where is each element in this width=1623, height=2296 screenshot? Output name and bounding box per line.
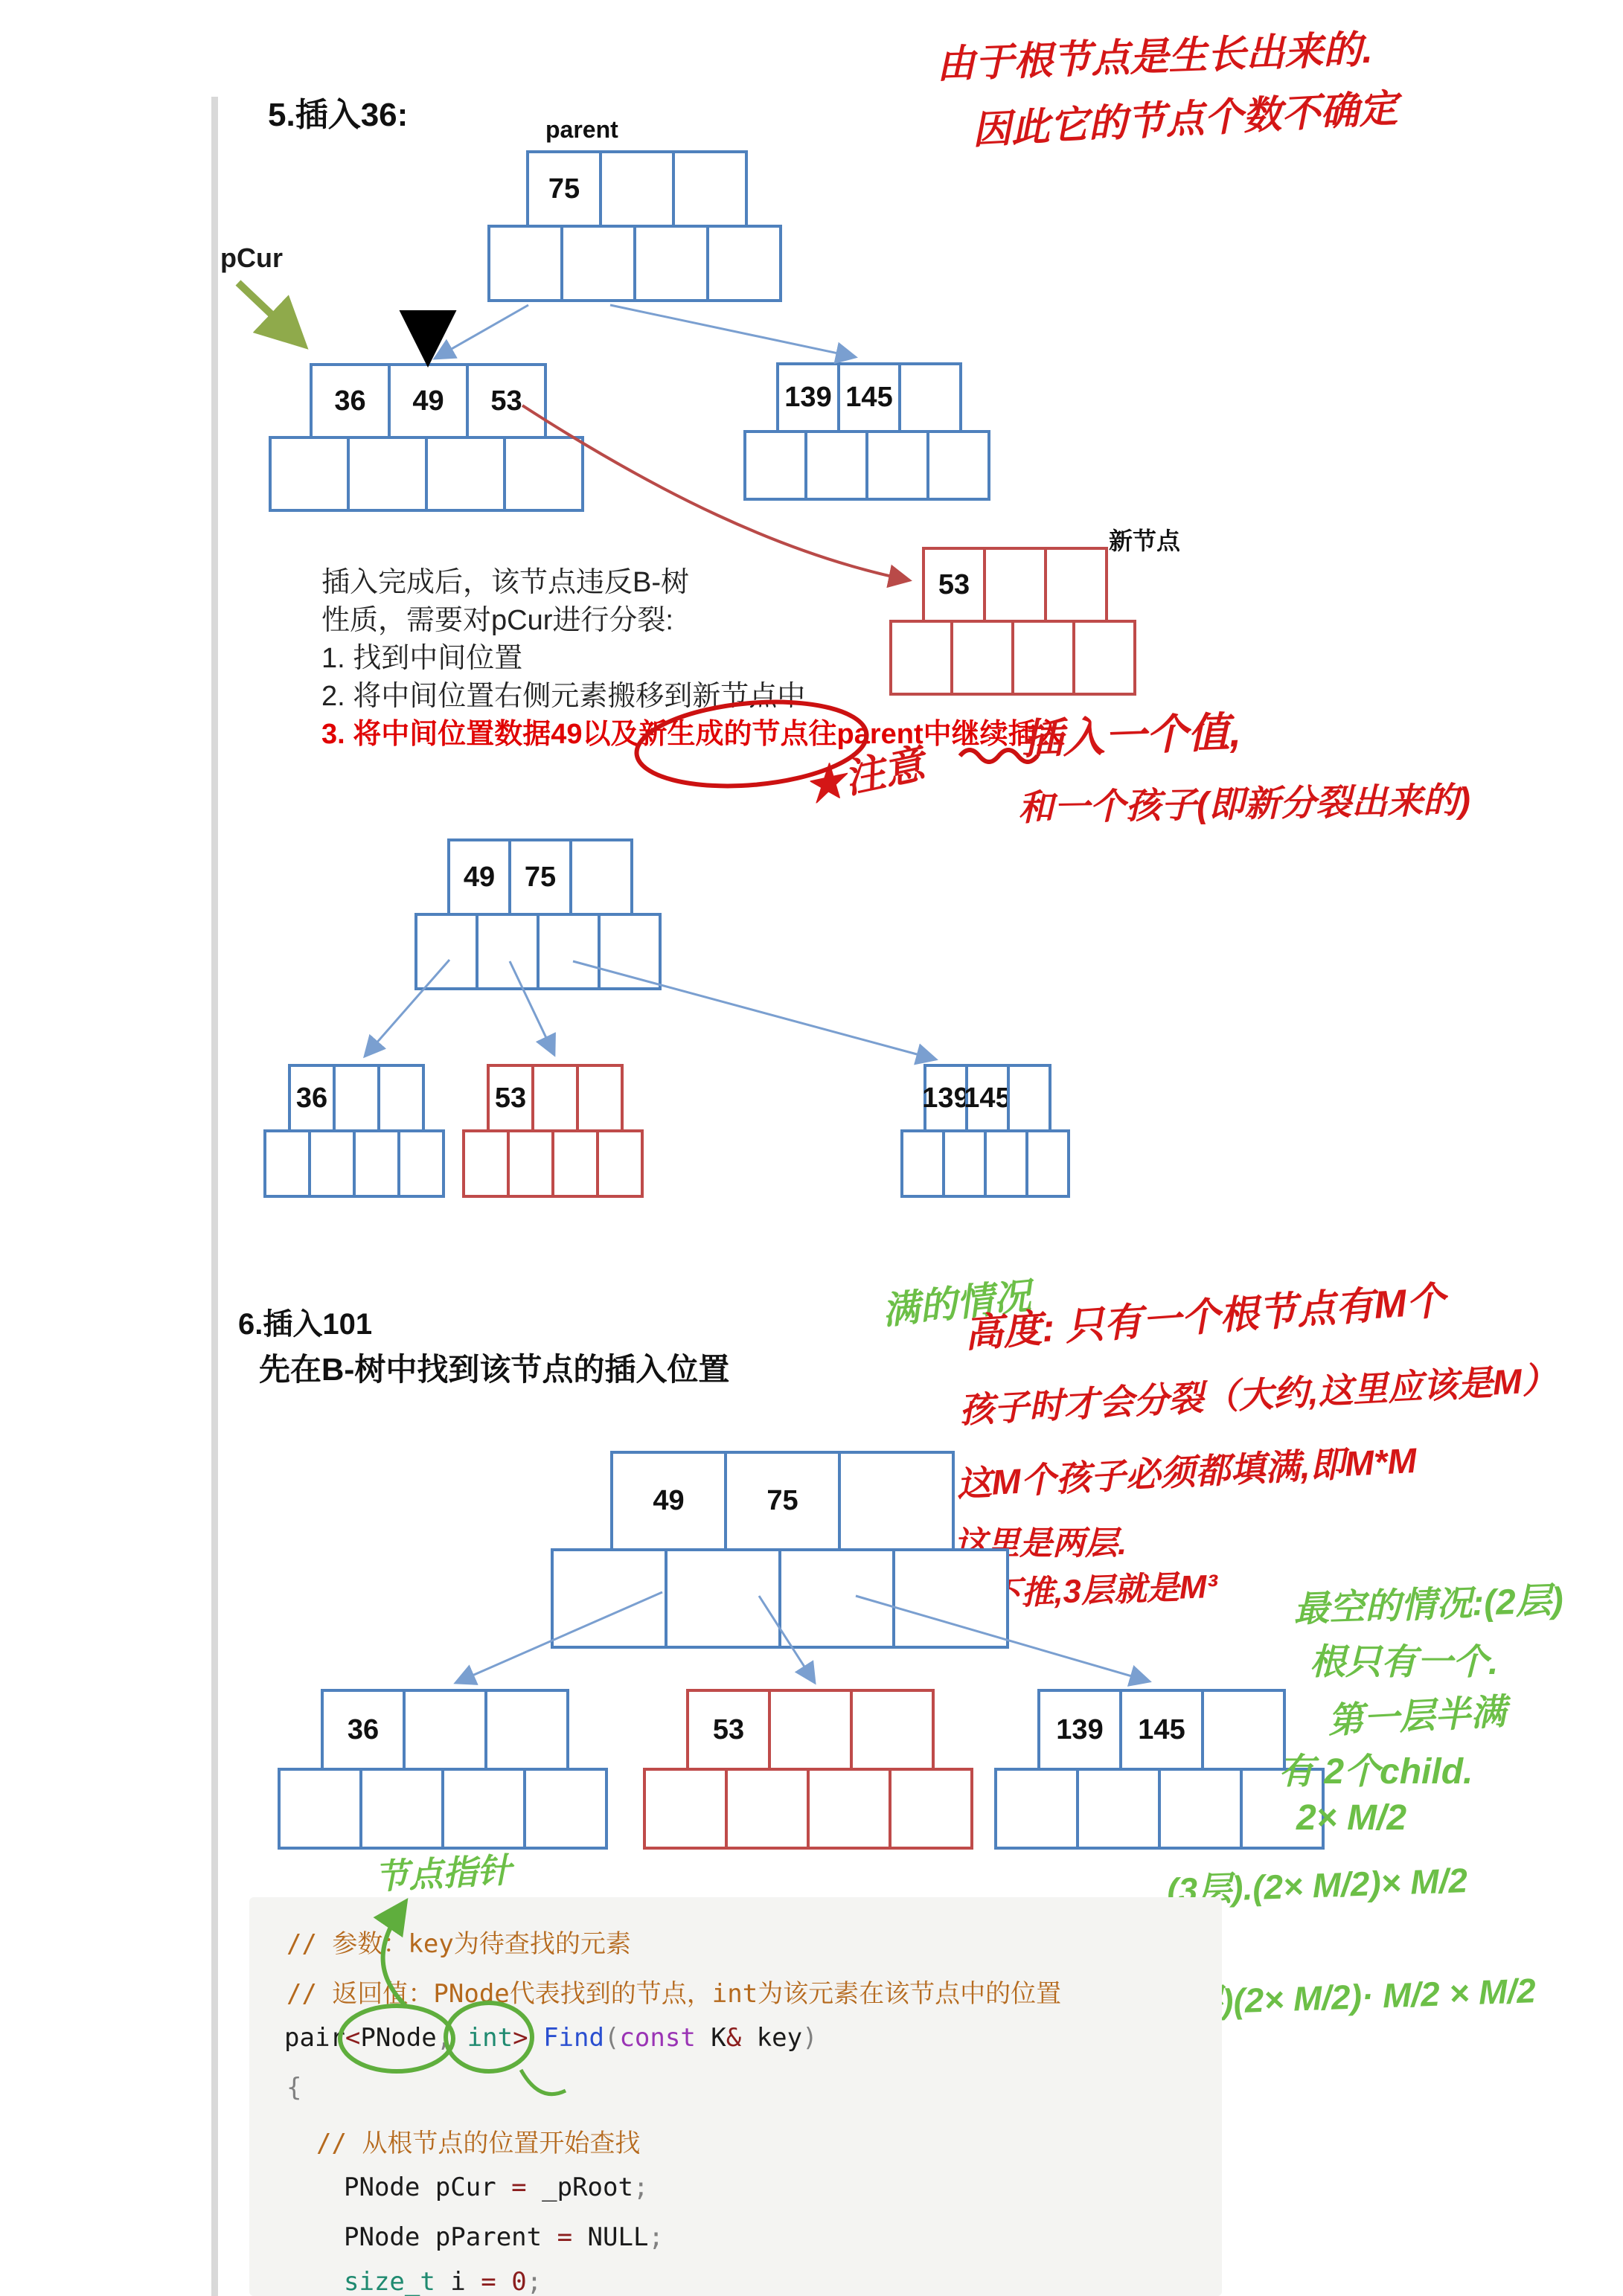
key-cell: 75 bbox=[526, 150, 602, 228]
child-pointer-cell bbox=[353, 1129, 400, 1198]
child-pointer-cell bbox=[503, 436, 584, 512]
child-pointer-cell bbox=[643, 1768, 728, 1850]
new-node-label: 新节点 bbox=[1109, 522, 1180, 557]
child-pointer-cell bbox=[359, 1768, 444, 1850]
child-pointer-cell bbox=[263, 1129, 311, 1198]
child-pointer-cell bbox=[425, 436, 506, 512]
handwritten-note-root-grows-1: 由于根节点是生长出来的. bbox=[935, 18, 1374, 89]
key-cell bbox=[599, 150, 675, 228]
split-explanation: 插入完成后，该节点违反B-树 性质，需要对pCur进行分裂: 1. 找到中间位置… bbox=[321, 564, 1065, 754]
key-cell-53: 53 bbox=[487, 1064, 534, 1132]
child-pointer-cell bbox=[1072, 620, 1136, 696]
key-cell: 145 bbox=[1119, 1689, 1204, 1771]
child-pointer-cell bbox=[476, 913, 540, 990]
key-cell bbox=[838, 1451, 955, 1551]
child-pointer-cell bbox=[441, 1768, 526, 1850]
handwritten-height-2: 孩子时才会分裂（大约,这里应该是M） bbox=[958, 1352, 1558, 1433]
child-pointer-cell bbox=[900, 1129, 945, 1198]
paragraph-line: 插入完成后，该节点违反B-树 bbox=[321, 564, 1065, 602]
code-comment-3: // 从根节点的位置开始查找 bbox=[316, 2123, 640, 2159]
key-cell bbox=[333, 1064, 380, 1132]
child-pointer-cell bbox=[462, 1129, 510, 1198]
handwritten-note-root-grows-2: 因此它的节点个数不确定 bbox=[970, 77, 1398, 155]
child-pointer-cell bbox=[278, 1768, 362, 1850]
key-cell bbox=[377, 1064, 425, 1132]
paragraph-line-step3: 3. 将中间位置数据49以及新生成的节点往parent中继续插入 bbox=[321, 716, 1065, 754]
key-cell-49: 49 bbox=[447, 838, 511, 916]
key-cell: 139 bbox=[776, 362, 840, 433]
child-pointer-cell bbox=[596, 1129, 644, 1198]
child-pointer-cell bbox=[1158, 1768, 1243, 1850]
child-pointer-cell bbox=[560, 225, 636, 302]
child-pointer-cell bbox=[926, 430, 990, 501]
quote-bar bbox=[211, 97, 218, 2296]
paragraph-line: 1. 找到中间位置 bbox=[321, 640, 1065, 678]
key-cell: 75 bbox=[724, 1451, 841, 1551]
blue-arrow-root-to-pcur bbox=[435, 305, 528, 359]
handwritten-empty-4: 有 2个child. bbox=[1278, 1742, 1473, 1794]
child-pointer-cell bbox=[889, 1768, 973, 1850]
child-pointer-cell bbox=[537, 913, 601, 990]
child-pointer-cell bbox=[523, 1768, 608, 1850]
key-cell: 75 bbox=[508, 838, 572, 916]
child-pointer-cell bbox=[665, 1548, 781, 1649]
key-cell bbox=[403, 1689, 487, 1771]
child-pointer-cell bbox=[397, 1129, 445, 1198]
child-pointer-cell bbox=[743, 430, 807, 501]
key-cell: 139 bbox=[1037, 1689, 1122, 1771]
section6-subtitle: 先在B-树中找到该节点的插入位置 bbox=[259, 1345, 729, 1390]
section6-title: 6.插入101 bbox=[238, 1301, 372, 1343]
child-pointer-cell bbox=[551, 1129, 599, 1198]
key-cell-53: 53 bbox=[466, 363, 547, 439]
notes-page: 5.插入36: 由于根节点是生长出来的. 因此它的节点个数不确定 parent … bbox=[0, 0, 1623, 2296]
child-pointer-cell bbox=[308, 1129, 356, 1198]
paragraph-line: 性质，需要对pCur进行分裂: bbox=[321, 602, 1065, 640]
parent-label: parent bbox=[545, 116, 618, 144]
handwritten-node-pointer: 节点指针 bbox=[373, 1843, 512, 1899]
key-cell bbox=[768, 1689, 853, 1771]
key-cell bbox=[484, 1689, 569, 1771]
child-pointer-cell bbox=[347, 436, 428, 512]
key-cell: 36 bbox=[288, 1064, 336, 1132]
key-cell: 36 bbox=[310, 363, 391, 439]
code-open-brace: { bbox=[286, 2073, 301, 2103]
child-pointer-cell bbox=[551, 1548, 668, 1649]
code-pcur-line: PNode pCur = _pRoot; bbox=[344, 2172, 648, 2202]
child-pointer-cell bbox=[507, 1129, 554, 1198]
key-cell bbox=[576, 1064, 624, 1132]
handwritten-empty-2: 根只有一个. bbox=[1310, 1633, 1498, 1684]
key-cell: 145 bbox=[965, 1064, 1010, 1132]
child-pointer-cell bbox=[1076, 1768, 1161, 1850]
child-pointer-cell bbox=[942, 1129, 987, 1198]
child-pointer-cell bbox=[994, 1768, 1079, 1850]
key-cell: 49 bbox=[610, 1451, 727, 1551]
key-cell bbox=[531, 1064, 579, 1132]
child-pointer-cell bbox=[414, 913, 478, 990]
handwritten-insert-value: 插入一个值, bbox=[1020, 699, 1242, 766]
child-pointer-cell bbox=[706, 225, 782, 302]
handwritten-empty-5: 2× M/2 bbox=[1296, 1798, 1406, 1838]
code-comment-2: // 返回值：PNode代表找到的节点，int为该元素在该节点中的位置 bbox=[286, 1973, 1061, 2010]
key-cell bbox=[672, 150, 748, 228]
key-cell bbox=[569, 838, 633, 916]
green-pcur-arrow bbox=[238, 283, 298, 339]
pcur-label: pCur bbox=[220, 243, 283, 274]
code-comment-1: // 参数：key为待查找的元素 bbox=[286, 1923, 631, 1960]
key-cell bbox=[1007, 1064, 1051, 1132]
child-pointer-cell bbox=[1025, 1129, 1070, 1198]
code-find-signature: pair<PNode, int> Find(const K& key) bbox=[284, 2023, 818, 2053]
child-pointer-cell bbox=[633, 225, 709, 302]
handwritten-height-3: 这M个孩子必须都填满,即M*M bbox=[955, 1433, 1418, 1507]
handwritten-empty-1: 最空的情况:(2层) bbox=[1293, 1571, 1564, 1632]
child-pointer-cell bbox=[269, 436, 350, 512]
code-index-line: size_t i = 0; bbox=[344, 2267, 542, 2296]
child-pointer-cell bbox=[598, 913, 662, 990]
child-pointer-cell bbox=[984, 1129, 1028, 1198]
handwritten-height-1: 高度: 只有一个根节点有M个 bbox=[962, 1269, 1447, 1359]
key-cell: 145 bbox=[837, 362, 901, 433]
child-pointer-cell bbox=[778, 1548, 895, 1649]
key-cell-49: 49 bbox=[388, 363, 469, 439]
child-pointer-cell bbox=[807, 1768, 891, 1850]
key-cell bbox=[898, 362, 962, 433]
child-pointer-cell bbox=[804, 430, 868, 501]
key-cell bbox=[1201, 1689, 1286, 1771]
child-pointer-cell bbox=[487, 225, 563, 302]
child-pointer-cell bbox=[725, 1768, 810, 1850]
key-cell bbox=[850, 1689, 935, 1771]
child-pointer-cell bbox=[892, 1548, 1009, 1649]
key-cell: 139 bbox=[923, 1064, 968, 1132]
handwritten-empty-3: 第一层半满 bbox=[1326, 1683, 1507, 1743]
section5-title: 5.插入36: bbox=[268, 88, 408, 135]
child-pointer-cell bbox=[865, 430, 929, 501]
key-cell-53: 53 bbox=[686, 1689, 771, 1771]
paragraph-line: 2. 将中间位置右侧元素搬移到新节点中 bbox=[321, 678, 1065, 716]
blue-arrow-root-to-right bbox=[610, 305, 856, 357]
key-cell: 36 bbox=[321, 1689, 406, 1771]
handwritten-insert-child: 和一个孩子(即新分裂出来的) bbox=[1017, 772, 1470, 831]
code-pparent-line: PNode pParent = NULL; bbox=[344, 2222, 664, 2252]
